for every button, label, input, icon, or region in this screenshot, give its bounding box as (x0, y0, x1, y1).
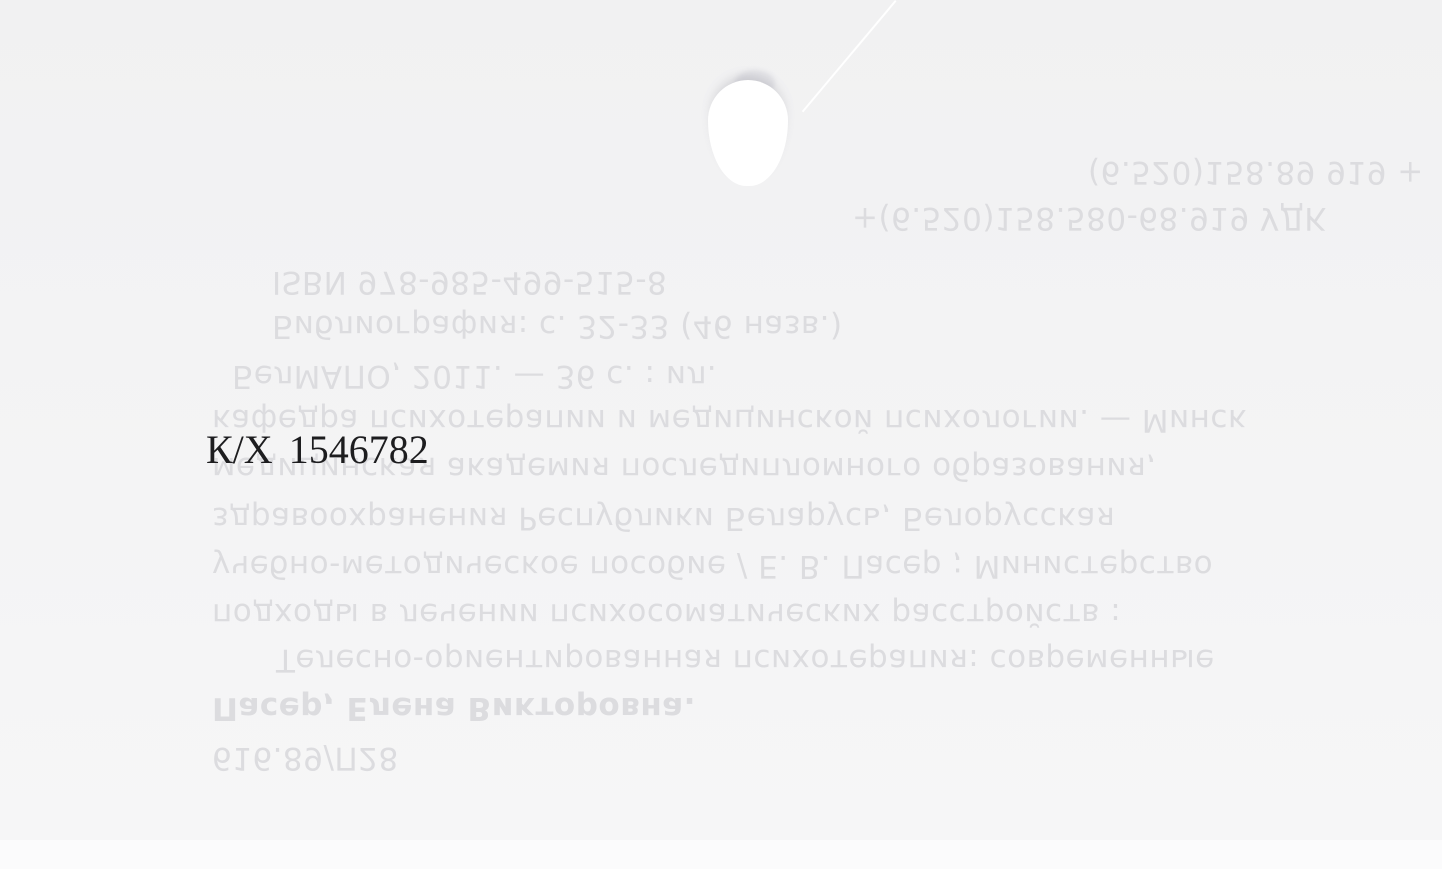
inventory-number: К/Х1546782 (206, 426, 429, 473)
inventory-prefix: К/Х (206, 427, 273, 472)
inventory-number-value: 1546782 (289, 427, 429, 472)
scan-bottom-margin (0, 840, 1442, 869)
